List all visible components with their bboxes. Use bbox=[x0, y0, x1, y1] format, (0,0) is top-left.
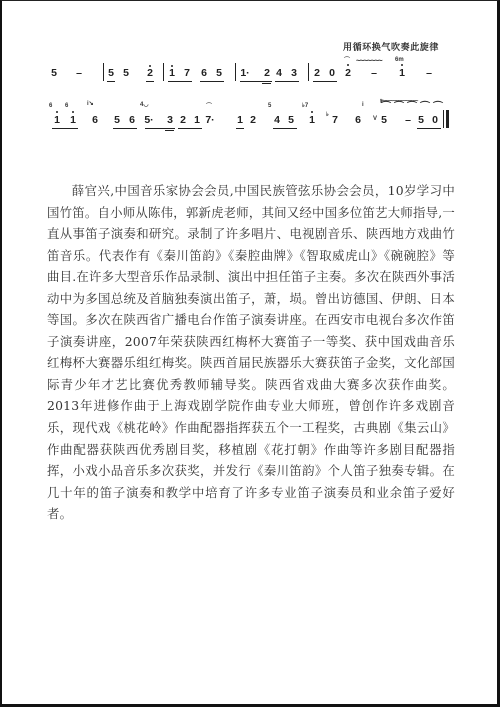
note: 3 bbox=[289, 67, 299, 79]
note: 2 bbox=[262, 67, 272, 79]
note: 1 bbox=[235, 114, 245, 126]
note: 1 bbox=[192, 114, 202, 126]
grace-note: i↘ bbox=[87, 101, 94, 107]
note: 1 bbox=[68, 114, 78, 126]
dash: – bbox=[403, 114, 413, 126]
note: 6 bbox=[353, 114, 363, 126]
note: 5 bbox=[416, 114, 426, 126]
grace-note: ♭7 bbox=[302, 103, 308, 109]
beam bbox=[165, 130, 174, 131]
beam bbox=[178, 128, 202, 129]
grace-note: 6 bbox=[49, 103, 52, 109]
note: 2 bbox=[312, 67, 322, 79]
barline bbox=[308, 63, 309, 81]
note: 1· bbox=[240, 67, 250, 79]
note: 0 bbox=[430, 114, 440, 126]
note: 5 bbox=[49, 67, 59, 79]
note: 5 bbox=[106, 67, 116, 79]
note: 5· bbox=[144, 114, 154, 126]
note: 2 bbox=[343, 67, 353, 79]
octave-dot bbox=[401, 64, 403, 66]
note: 5 bbox=[112, 114, 122, 126]
note: 6 bbox=[127, 114, 137, 126]
beam bbox=[417, 128, 441, 129]
beam bbox=[107, 81, 115, 82]
beam bbox=[145, 128, 175, 129]
grace-note: 6 bbox=[65, 103, 68, 109]
note: 1 bbox=[52, 114, 62, 126]
octave-dot bbox=[171, 65, 173, 67]
grace-note: i bbox=[362, 102, 364, 108]
note: 2 bbox=[248, 114, 258, 126]
note: 5 bbox=[379, 114, 389, 126]
beam bbox=[262, 83, 271, 84]
dash: – bbox=[424, 67, 434, 79]
octave-dot bbox=[56, 111, 58, 113]
note: 5 bbox=[286, 114, 296, 126]
flat-icon: ♭ bbox=[326, 112, 329, 118]
note: 1 bbox=[397, 67, 407, 79]
note: 7· bbox=[205, 114, 215, 126]
note: 1 bbox=[167, 67, 177, 79]
beam bbox=[113, 128, 137, 129]
beam bbox=[168, 81, 192, 82]
grace-note: 4◡ bbox=[140, 102, 149, 108]
beam bbox=[52, 128, 78, 129]
score-line-2: 6 1 6 1 i↘ 6 5 6 4◡ 5· 3 2 1 ⌒ 7· 1 2 5 … bbox=[0, 102, 500, 142]
note: 7 bbox=[330, 114, 340, 126]
beam bbox=[240, 81, 272, 82]
score-line-1: 5 – 5 5 2 1 7 6 5 1· 2 4 3 2 0 ⌒ 2 ~~~~~… bbox=[0, 55, 500, 95]
biography-paragraph: 薛官兴,中国音乐家协会会员,中国民族管弦乐协会会员，10岁学习中国竹笛。自小师从… bbox=[47, 180, 455, 525]
beam bbox=[146, 81, 154, 82]
octave-dot bbox=[72, 111, 74, 113]
barline bbox=[103, 63, 104, 81]
grace-note: 5 bbox=[268, 103, 271, 109]
note: 2 bbox=[178, 114, 188, 126]
note: 7 bbox=[182, 67, 192, 79]
note: 6 bbox=[199, 67, 209, 79]
note: 3 bbox=[165, 114, 175, 126]
fermata-icon: ⌒ bbox=[206, 104, 212, 110]
barline bbox=[235, 63, 236, 81]
beam bbox=[275, 81, 299, 82]
note: 1 bbox=[307, 114, 317, 126]
note: 5 bbox=[214, 67, 224, 79]
octave-dot bbox=[149, 65, 151, 67]
octave-dot bbox=[347, 64, 349, 66]
note: 5 bbox=[121, 67, 131, 79]
octave-dot bbox=[311, 111, 313, 113]
dash: – bbox=[369, 67, 379, 79]
note: 6 bbox=[90, 114, 100, 126]
trill-line: ~~~~~~~ bbox=[356, 56, 382, 65]
performance-instruction: 用循环换气吹奏此旋律 bbox=[343, 40, 439, 53]
beam bbox=[236, 128, 244, 129]
beam bbox=[273, 128, 297, 129]
beam bbox=[313, 81, 337, 82]
dash: – bbox=[74, 67, 84, 79]
grace-note-ornament: 6m bbox=[395, 57, 404, 63]
note: 4 bbox=[272, 114, 282, 126]
note: 2 bbox=[145, 67, 155, 79]
breath-mark-icon: V bbox=[373, 116, 377, 122]
beam bbox=[200, 81, 224, 82]
note: 4 bbox=[274, 67, 284, 79]
note: 0 bbox=[327, 67, 337, 79]
barline bbox=[163, 63, 164, 81]
slur-icon: ⌒⌒⌒⌒⌒ bbox=[381, 105, 446, 111]
